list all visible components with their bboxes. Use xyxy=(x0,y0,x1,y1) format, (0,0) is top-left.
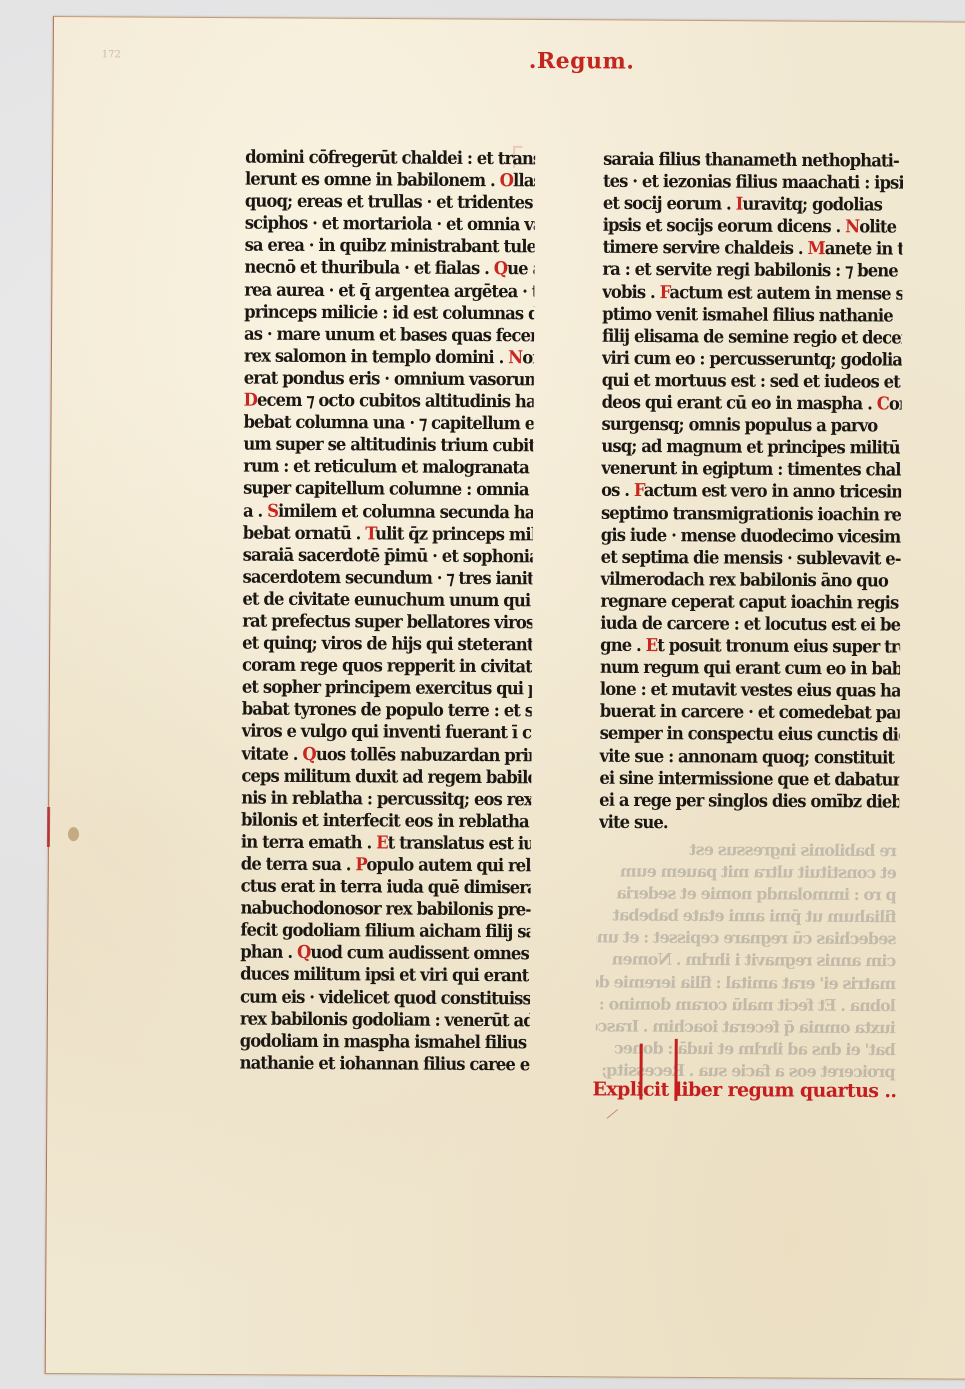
show-through-line: cim annis regnavit i ihrlm . Nomen xyxy=(596,949,896,973)
show-through-line: et constituit ultra mit pauem eum xyxy=(597,860,897,884)
text-line: semper in conspectu eius cunctis diebz xyxy=(600,722,900,748)
rubricated-initial: N xyxy=(845,216,859,237)
red-edge-stain xyxy=(47,807,50,847)
rubricated-initial: F xyxy=(634,480,644,501)
text-line: vite sue. xyxy=(599,810,899,836)
rubricated-initial: D xyxy=(244,389,257,410)
manuscript-page: 172 .Regum. domini cōfregerūt chaldei : … xyxy=(45,16,965,1380)
show-through-line: filiahum ut p̄mi anni etate babebat xyxy=(596,905,896,929)
rubricated-initial: O xyxy=(500,170,514,191)
rubricated-initial: P xyxy=(355,854,366,875)
text-line: viros e vulgo qui inventi fuerant ī ci- xyxy=(242,720,532,746)
show-through-line: sedechias cū regnare cepisset : et unde xyxy=(596,927,896,951)
text-column-left: domini cōfregerūt chaldei : et transtule… xyxy=(240,146,536,1076)
text-line: nathanie et iohannan filius caree et xyxy=(240,1051,530,1077)
show-through-line: iuxta omnia q̄ fecerat ioachim . Irasce xyxy=(596,1015,896,1039)
explicit-flourish xyxy=(607,1109,618,1119)
rubricated-initial: E xyxy=(376,832,388,853)
folio-pencil-mark: 172 xyxy=(102,49,121,60)
rubricated-initial: S xyxy=(267,500,278,521)
rubricated-initial: M xyxy=(808,238,825,259)
rubricated-initial: I xyxy=(736,194,743,215)
text-line: duces militum ipsi et viri qui erant xyxy=(240,963,530,989)
foxing-stain xyxy=(68,827,79,841)
rubricated-initial: C xyxy=(877,393,889,414)
show-through-line: p ro : immolandq nomie et sederia xyxy=(597,883,897,907)
colophon-explicit: Explicit liber regum quartus .. xyxy=(592,1078,896,1102)
text-column-right: saraia filius thanameth nethophati-tes ·… xyxy=(599,148,903,835)
show-through-line: lobna . Et fecit malū coram domino : xyxy=(596,993,896,1017)
show-through-line: re babilonis ingressus est xyxy=(597,838,897,862)
text-line: os . Factum est vero in anno tricesimo xyxy=(601,479,901,505)
rubricated-initial: Q xyxy=(494,258,508,279)
rubricated-initial: Q xyxy=(297,942,311,963)
text-line: necnō et thuribula · et fialas . Que au- xyxy=(244,256,534,282)
rubricated-initial: F xyxy=(660,281,670,302)
text-line: super capitellum columne : omnia ere- xyxy=(243,477,533,503)
rubricated-initial: T xyxy=(365,523,375,544)
rubricated-initial: E xyxy=(646,635,658,656)
running-head: .Regum. xyxy=(529,48,635,75)
rubricated-initial: N xyxy=(508,347,522,368)
show-through-line: matris ei' erat amital : filia ieremie d… xyxy=(596,971,896,995)
rubricated-initial: Q xyxy=(302,743,316,764)
